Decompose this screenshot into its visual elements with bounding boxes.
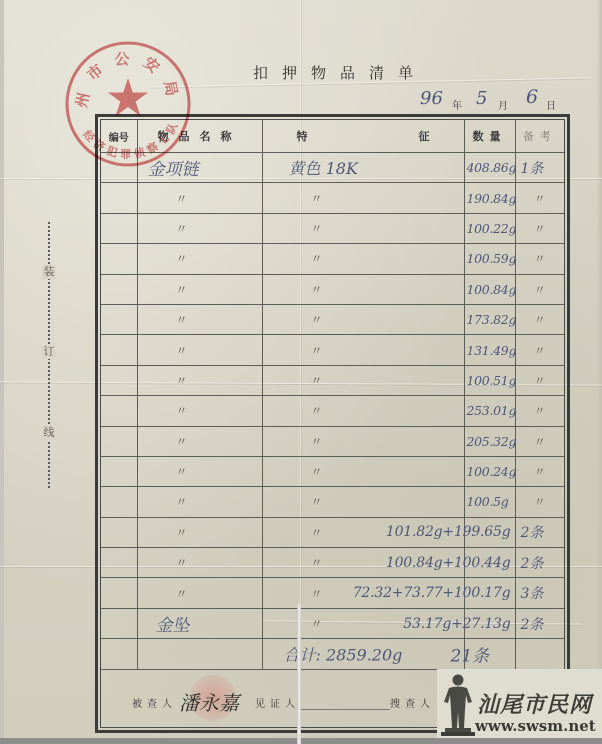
item-name-cell [137, 639, 262, 669]
remark-cell: 3条 [515, 578, 564, 608]
item-name-cell: 〃 [137, 183, 262, 213]
feature-cell: 〃 [262, 487, 464, 517]
number-cell [101, 456, 137, 486]
number-cell [101, 274, 137, 304]
table-row: 〃 〃 190.84g 〃 [101, 183, 564, 213]
date-year-unit: 年 [452, 97, 462, 112]
quantity-cell: 131.49g [464, 335, 515, 365]
number-cell [101, 396, 137, 426]
number-cell [101, 639, 137, 669]
paper-right-edge [596, 0, 602, 738]
quantity-cell: 21条 [464, 639, 515, 669]
header-feature-right: 征 [419, 128, 430, 144]
feature-cell: 〃 [262, 456, 464, 486]
total-label: 合计: [284, 645, 321, 664]
page-title: 扣押物品清单 [253, 62, 427, 83]
remark-cell: 2条 [515, 517, 564, 547]
quantity-cell: 190.84g [464, 183, 515, 213]
number-cell [101, 487, 137, 517]
item-name-cell: 金坠 [137, 608, 262, 638]
item-name-cell: 〃 [137, 487, 262, 517]
remark-cell: 〃 [515, 487, 564, 517]
item-name-cell: 〃 [137, 365, 262, 395]
date-month: 5 [476, 88, 487, 109]
searcher-label: 搜查人 [390, 695, 435, 710]
item-name-cell: 〃 [137, 274, 262, 304]
remark-cell: 2条 [515, 548, 564, 578]
feature-cell: 〃 [262, 365, 464, 395]
feature-cell: 〃 [262, 244, 464, 274]
date-day-unit: 日 [546, 97, 556, 112]
number-cell [101, 548, 137, 578]
table-row: 〃 〃 205.32g 〃 [101, 426, 564, 456]
binding-char-zhuang: 装 [42, 265, 56, 279]
date-month-unit: 月 [498, 97, 508, 112]
total-row: 合计: 2859.20g 21条 [101, 639, 564, 669]
remark-cell: 〃 [515, 244, 564, 274]
date-year: 96 [420, 88, 443, 109]
number-cell [101, 244, 137, 274]
inspected-person-signature: 潘永嘉 [179, 687, 239, 716]
quantity-cell: 100.24g [464, 456, 515, 486]
watermark-site-name: 汕尾市民网 [477, 688, 592, 719]
date-day: 6 [526, 86, 538, 108]
item-name-cell: 〃 [137, 396, 262, 426]
table-row: 〃 〃 100.24g 〃 [101, 456, 564, 486]
table-row: 〃 〃 100.59g 〃 [101, 244, 564, 274]
remark-cell: 1条 [515, 153, 564, 183]
number-cell [101, 608, 137, 638]
number-cell [101, 183, 137, 213]
quantity-value: 53.17g+27.13g [403, 616, 510, 632]
header-feature-left: 特 [297, 128, 308, 144]
number-cell [101, 365, 137, 395]
item-name-cell: 〃 [137, 426, 262, 456]
inspected-person-label: 被查人 [132, 695, 177, 710]
number-cell [101, 517, 137, 547]
red-star-icon [108, 78, 148, 116]
feature-cell: 〃 [262, 335, 464, 365]
item-name-cell: 〃 [137, 548, 262, 578]
feature-cell: 〃 [262, 274, 464, 304]
quantity-value: 101.82g+199.65g [386, 524, 511, 540]
table-inner-frame: 编号 物品名称 特 征 数量 备考 金项链 [100, 119, 565, 728]
site-watermark: 汕尾市民网 www.swsm.net [437, 669, 602, 738]
table-row: 〃 〃 100.22g 〃 [101, 213, 564, 243]
quantity-cell: 53.17g+27.13g [464, 608, 515, 638]
header-feature: 特 征 [262, 120, 464, 153]
quantity-cell: 100.22g [464, 213, 515, 243]
quantity-cell: 205.32g [464, 426, 515, 456]
header-remark: 备考 [515, 120, 564, 153]
feature-cell: 〃 [262, 183, 464, 213]
table-row: 金坠 〃 53.17g+27.13g 2条 [101, 608, 564, 638]
quantity-cell: 100.5g [464, 487, 515, 517]
item-name-cell: 〃 [137, 244, 262, 274]
remark-cell: 〃 [515, 183, 564, 213]
table-row: 〃 〃 72.32+73.77+100.17g 3条 [101, 578, 564, 608]
standing-figure-icon [439, 672, 477, 736]
number-cell [101, 578, 137, 608]
remark-cell: 〃 [515, 213, 564, 243]
binding-char-xian: 线 [42, 426, 56, 440]
feature-cell: 〃 [262, 304, 464, 334]
item-name-cell: 〃 [137, 578, 262, 608]
table-row: 〃 〃 100.84g+100.44g 2条 [101, 548, 564, 578]
table-row: 〃 〃 100.5g 〃 [101, 487, 564, 517]
feature-cell: 〃 [262, 426, 464, 456]
witness-label: 见证人 [255, 695, 300, 710]
seized-items-table: 编号 物品名称 特 征 数量 备考 金项链 [101, 120, 564, 670]
table-row: 〃 〃 101.82g+199.65g 2条 [101, 517, 564, 547]
item-name-cell: 〃 [137, 456, 262, 486]
quantity-value: 100.84g+100.44g [386, 555, 511, 571]
remark-cell: 2条 [515, 608, 564, 638]
binding-char-ding: 订 [42, 345, 56, 359]
table-row: 〃 〃 173.82g 〃 [101, 304, 564, 334]
number-cell [101, 213, 137, 243]
scan-bottom-edge [0, 738, 602, 744]
table-row: 〃 〃 100.51g 〃 [101, 365, 564, 395]
item-name-cell: 〃 [137, 335, 262, 365]
remark-cell: 〃 [515, 456, 564, 486]
quantity-cell: 408.86g [464, 153, 515, 183]
item-name-cell: 〃 [137, 304, 262, 334]
total-count: 21条 [451, 641, 490, 666]
remark-cell: 〃 [515, 365, 564, 395]
feature-cell: 黄色 18K [262, 153, 464, 183]
table-row: 〃 〃 100.84g 〃 [101, 274, 564, 304]
quantity-cell: 72.32+73.77+100.17g [464, 578, 515, 608]
quantity-value: 72.32+73.77+100.17g [353, 585, 511, 601]
table-row: 〃 〃 253.01g 〃 [101, 396, 564, 426]
quantity-cell: 100.59g [464, 244, 515, 274]
quantity-cell: 100.84g+100.44g [464, 548, 515, 578]
remark-cell: 〃 [515, 335, 564, 365]
quantity-cell: 253.01g [464, 396, 515, 426]
remark-cell: 〃 [515, 426, 564, 456]
item-name-cell: 〃 [137, 517, 262, 547]
feature-cell: 〃 [262, 213, 464, 243]
quantity-cell: 101.82g+199.65g [464, 517, 515, 547]
remark-cell: 〃 [515, 274, 564, 304]
quantity-cell: 100.51g [464, 365, 515, 395]
total-cell: 合计: 2859.20g [262, 639, 464, 669]
paper-tear [297, 604, 301, 744]
number-cell [101, 304, 137, 334]
table-frame: 编号 物品名称 特 征 数量 备考 金项链 [95, 114, 570, 733]
paper-left-edge [0, 0, 4, 738]
remark-cell: 〃 [515, 304, 564, 334]
item-name-cell: 〃 [137, 213, 262, 243]
remark-cell [515, 639, 564, 669]
number-cell [101, 426, 137, 456]
quantity-cell: 173.82g [464, 304, 515, 334]
police-stamp: 州市公安局 经济犯罪侦察七队 [62, 38, 194, 170]
total-sum: 合计: 2859.20g [284, 642, 403, 665]
remark-cell: 〃 [515, 396, 564, 426]
quantity-cell: 100.84g [464, 274, 515, 304]
total-weight: 2859.20g [326, 645, 402, 664]
number-cell [101, 335, 137, 365]
feature-cell: 〃 [262, 396, 464, 426]
table-row: 〃 〃 131.49g 〃 [101, 335, 564, 365]
witness-signature-line [300, 709, 390, 710]
watermark-url: www.swsm.net [475, 717, 596, 735]
header-quantity: 数量 [464, 120, 515, 153]
